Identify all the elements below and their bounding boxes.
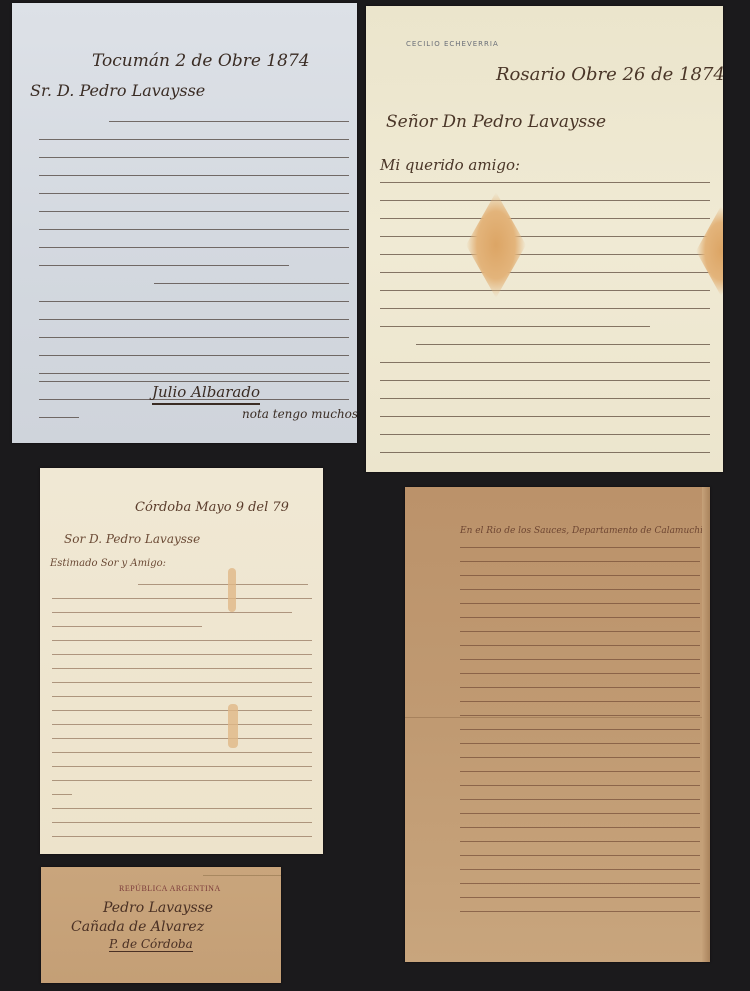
envelope-address-line-3: P. de Córdoba [109, 937, 193, 952]
letter-top-left: Tocumán 2 de Obre 1874 Sr. D. Pedro Lava… [12, 3, 357, 443]
letter-salutation: Señor Dn Pedro Lavaysse [386, 112, 606, 132]
letter-opening: Mi querido amigo: [380, 156, 520, 174]
envelope-printed-header: REPÚBLICA ARGENTINA [119, 884, 221, 893]
letter-salutation: Sor D. Pedro Lavaysse [64, 532, 200, 546]
letter-dateline: Tocumán 2 de Obre 1874 [92, 51, 310, 71]
stain-vertical-bottom [228, 704, 238, 748]
letter-dateline: Córdoba Mayo 9 del 79 [135, 500, 289, 515]
document-fold [405, 717, 710, 718]
envelope-bottom-left: REPÚBLICA ARGENTINA Pedro Lavaysse Cañad… [41, 867, 281, 983]
document-bottom-right: En el Rio de los Sauces, Departamento de… [405, 487, 710, 962]
handwritten-body [376, 178, 716, 468]
letter-middle-left: Córdoba Mayo 9 del 79 Sor D. Pedro Lavay… [40, 468, 323, 854]
handwritten-body [34, 113, 354, 373]
envelope-address-line-2: Cañada de Alvarez [71, 919, 204, 935]
letter-signature: Julio Albarado [152, 383, 260, 405]
letter-closing-note: nota tengo muchos [242, 407, 357, 421]
letter-top-right: CECILIO ECHEVERRIA Rosario Obre 26 de 18… [366, 6, 723, 472]
document-opening-line: En el Rio de los Sauces, Departamento de… [460, 526, 710, 536]
torn-right-edge [702, 487, 710, 962]
letterhead: CECILIO ECHEVERRIA [406, 40, 499, 48]
envelope-flap-edge [203, 875, 281, 876]
envelope-address-line-1: Pedro Lavaysse [103, 900, 213, 916]
letter-opening: Estimado Sor y Amigo: [50, 558, 166, 569]
letter-salutation: Sr. D. Pedro Lavaysse [30, 81, 205, 100]
handwritten-body [460, 547, 705, 947]
stain-vertical-top [228, 568, 236, 612]
handwritten-body [48, 584, 318, 849]
letter-dateline: Rosario Obre 26 de 1874 [496, 64, 723, 85]
